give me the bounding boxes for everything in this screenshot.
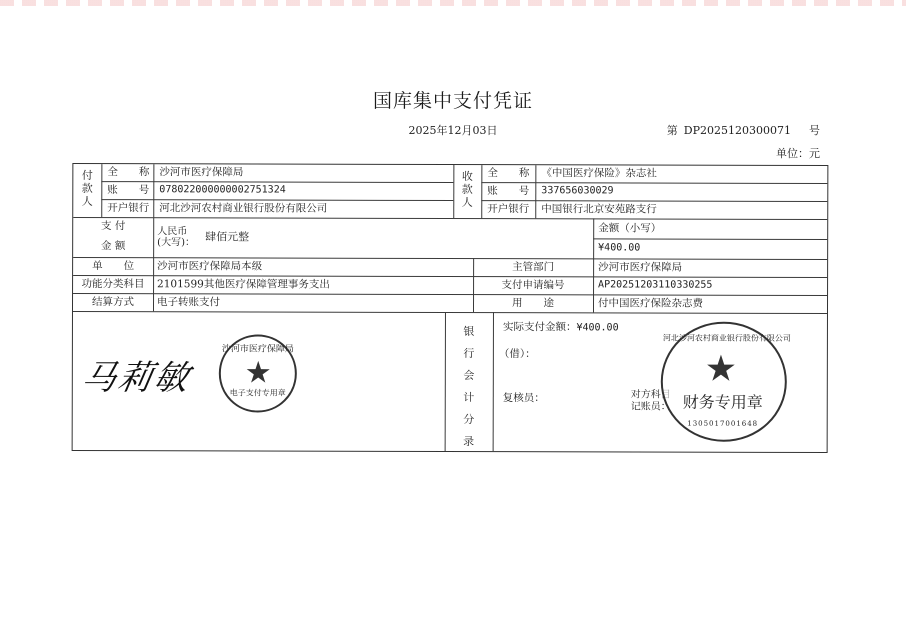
amount-small-label: 金额（小写）	[598, 222, 661, 234]
divider	[593, 238, 827, 240]
rmb-label-line2: (大写)：	[157, 237, 195, 248]
purpose-label: 用 途	[473, 297, 593, 309]
payer-account-label: 账 号	[107, 184, 149, 196]
payee-name: 《中国医疗保险》杂志社	[541, 167, 657, 179]
star-icon: ★	[245, 358, 272, 388]
payee-account-label: 账 号	[487, 185, 529, 197]
divider	[73, 217, 827, 220]
payment-voucher-form: 付款人 全 称 沙河市医疗保障局 账 号 0780220000000027513…	[72, 163, 829, 453]
payer-group-label: 付款人	[80, 169, 94, 208]
settlement-value: 电子转账支付	[157, 296, 220, 308]
divider	[493, 312, 495, 451]
divider	[153, 164, 154, 217]
amount-label-line2: 金 额	[73, 240, 153, 252]
payer-stamp-bottom-text: 电子支付专用章	[221, 388, 295, 397]
debit-label: （借）：	[499, 348, 536, 360]
payer-stamp-top-text: 沙河市医疗保障局	[221, 344, 295, 355]
payer-name: 沙河市医疗保障局	[159, 166, 243, 178]
payer-name-label: 全 称	[107, 166, 149, 178]
handwritten-signature: 马莉敏	[78, 350, 195, 399]
reviewer-label: 复核员：	[503, 392, 545, 404]
dept-value: 沙河市医疗保障局	[598, 261, 682, 273]
payer-account: 078022000000002751324	[159, 184, 285, 196]
payer-bank: 河北沙河农村商业银行股份有限公司	[159, 202, 327, 215]
document-title: 国库集中支付凭证	[0, 86, 906, 113]
request-no-label: 支付申请编号	[473, 279, 593, 291]
category-value: 2101599其他医疗保障管理事务支出	[157, 278, 330, 291]
rmb-label: 人民币 (大写)：	[157, 226, 195, 248]
actual-paid-value: ¥400.00	[576, 322, 618, 333]
star-icon: ★	[705, 352, 737, 388]
bank-stamp-top-text: 河北沙河农村商业银行股份有限公司	[663, 334, 783, 344]
divider	[445, 312, 447, 451]
amount-label-line1: 支 付	[73, 220, 153, 232]
payee-bank-label: 开户银行	[487, 203, 529, 215]
divider	[481, 165, 482, 218]
divider	[101, 164, 102, 217]
number-value: DP2025120300071	[684, 124, 791, 137]
request-no-value: AP20251203110330255	[598, 279, 712, 291]
divider	[593, 218, 594, 312]
bank-finance-stamp: 河北沙河农村商业银行股份有限公司 ★ 财务专用章 1305017001648	[661, 322, 787, 442]
unit-label: 单 位	[73, 260, 153, 272]
amount-in-words: 肆佰元整	[205, 231, 249, 244]
payee-name-label: 全 称	[487, 167, 529, 179]
actual-paid-label-text: 实际支付金额：	[503, 321, 577, 333]
divider	[453, 165, 454, 218]
number-prefix: 第	[667, 124, 678, 137]
divider	[73, 311, 827, 314]
payer-electronic-payment-stamp: 沙河市医疗保障局 ★ 电子支付专用章	[219, 334, 297, 412]
category-label: 功能分类科目	[73, 278, 153, 290]
amount-in-figures: ¥400.00	[598, 242, 640, 254]
bank-accounting-label: 银行会计分录	[462, 321, 476, 453]
divider	[153, 217, 154, 311]
settlement-label: 结算方式	[73, 296, 153, 308]
payee-bank: 中国银行北京安苑路支行	[541, 203, 657, 215]
dept-label: 主管部门	[473, 261, 593, 273]
purpose-value: 付中国医疗保险杂志费	[598, 297, 703, 309]
unit-value: 沙河市医疗保障局本级	[157, 260, 262, 272]
bank-stamp-center-text: 财务专用章	[663, 394, 783, 413]
actual-paid-label: 实际支付金额：¥400.00	[503, 321, 619, 334]
divider	[481, 200, 827, 202]
number-suffix: 号	[809, 124, 820, 137]
divider	[481, 182, 827, 184]
currency-unit: 单位：元	[776, 145, 820, 161]
payee-account: 337656030029	[541, 185, 613, 197]
divider	[535, 165, 536, 218]
payee-group-label: 收款人	[460, 170, 474, 209]
rmb-label-line1: 人民币	[157, 226, 195, 237]
payer-bank-label: 开户银行	[107, 202, 149, 214]
voucher-number: 第DP2025120300071号	[667, 122, 820, 138]
bank-stamp-code: 1305017001648	[663, 420, 783, 428]
red-bleed-through	[0, 0, 906, 6]
